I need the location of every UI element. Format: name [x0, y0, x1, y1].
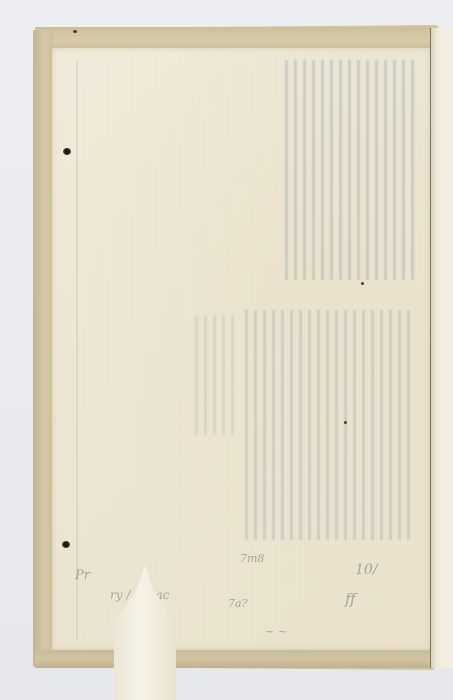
- pencil-note: ~ ~: [265, 625, 287, 638]
- tie-hole-lower: [62, 541, 70, 548]
- pencil-note: 7m8: [240, 552, 264, 565]
- tie-hole-upper: [63, 148, 71, 155]
- offset-text-block-upper: [285, 60, 415, 280]
- cover-turnin-left: [33, 30, 53, 665]
- pencil-note: 7a?: [228, 597, 247, 610]
- pencil-note: ff: [345, 590, 356, 608]
- offset-text-label: mirrored offset blackletter text (illegi…: [250, 600, 251, 601]
- book-photograph: mirrored offset blackletter text (illegi…: [0, 0, 453, 700]
- text-block-edge: [430, 28, 453, 668]
- pencil-note: Pr: [75, 568, 90, 583]
- cover-turnin-top: [35, 27, 430, 49]
- foxing-spot: [73, 30, 77, 33]
- foxing-spot: [361, 282, 364, 285]
- foxing-spot: [344, 421, 347, 424]
- offset-text-block-lower: [245, 310, 415, 540]
- cover-turnin-bottom: [35, 650, 435, 668]
- paper-fold-line: [76, 60, 78, 640]
- pencil-note: 10/: [355, 562, 378, 578]
- offset-text-block-margin: [195, 315, 235, 435]
